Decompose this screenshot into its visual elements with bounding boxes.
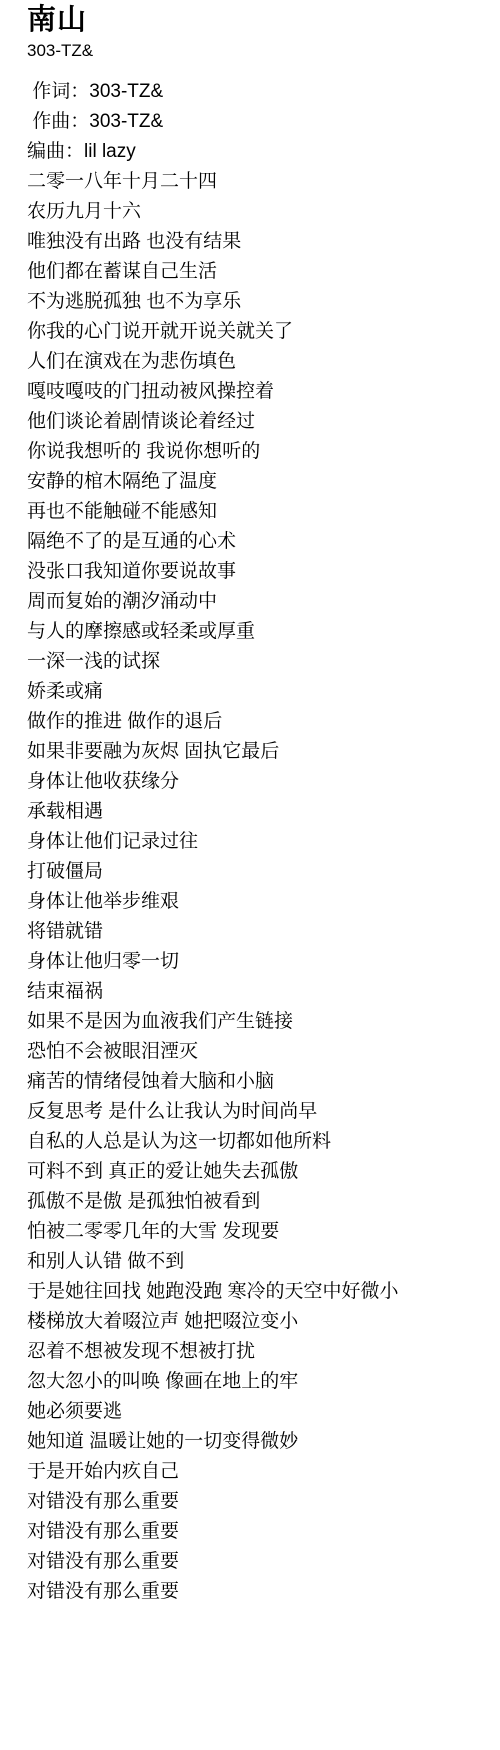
lyric-line: 对错没有那么重要 bbox=[27, 1577, 480, 1607]
lyric-line: 于是她往回找 她跑没跑 寒冷的天空中好微小 bbox=[27, 1277, 480, 1307]
lyric-line: 痛苦的情绪侵蚀着大脑和小脑 bbox=[27, 1067, 480, 1097]
lyric-line: 一深一浅的试探 bbox=[27, 647, 480, 677]
lyric-line: 可料不到 真正的爱让她失去孤傲 bbox=[27, 1157, 480, 1187]
lyric-line: 结束福祸 bbox=[27, 977, 480, 1007]
lyric-line: 楼梯放大着啜泣声 她把啜泣变小 bbox=[27, 1307, 480, 1337]
lyric-line: 恐怕不会被眼泪湮灭 bbox=[27, 1037, 480, 1067]
lyric-line: 安静的棺木隔绝了温度 bbox=[27, 467, 480, 497]
lyric-line: 打破僵局 bbox=[27, 857, 480, 887]
lyric-line: 承载相遇 bbox=[27, 797, 480, 827]
lyric-line: 于是开始内疚自己 bbox=[27, 1457, 480, 1487]
lyric-line: 再也不能触碰不能感知 bbox=[27, 497, 480, 527]
lyric-line: 对错没有那么重要 bbox=[27, 1547, 480, 1577]
lyric-line: 身体让他归零一切 bbox=[27, 947, 480, 977]
lyric-line: 身体让他举步维艰 bbox=[27, 887, 480, 917]
lyric-line: 和别人认错 做不到 bbox=[27, 1247, 480, 1277]
lyric-line: 身体让他收获缘分 bbox=[27, 767, 480, 797]
lyric-line: 农历九月十六 bbox=[27, 197, 480, 227]
lyric-line: 对错没有那么重要 bbox=[27, 1487, 480, 1517]
lyric-line: 周而复始的潮汐涌动中 bbox=[27, 587, 480, 617]
lyrics-page: 南山 303-TZ& 作词：303-TZ& 作曲：303-TZ&编曲：lil l… bbox=[0, 0, 500, 1607]
song-artist: 303-TZ& bbox=[27, 39, 480, 62]
lyric-line: 忍着不想被发现不想被打扰 bbox=[27, 1337, 480, 1367]
lyric-line: 反复思考 是什么让我认为时间尚早 bbox=[27, 1097, 480, 1127]
lyric-body-lines: 唯独没有出路 也没有结果他们都在蓄谋自己生活不为逃脱孤独 也不为享乐你我的心门说… bbox=[27, 227, 480, 1607]
lyric-line: 如果非要融为灰烬 固执它最后 bbox=[27, 737, 480, 767]
lyric-line: 没张口我知道你要说故事 bbox=[27, 557, 480, 587]
lyric-line: 身体让他们记录过往 bbox=[27, 827, 480, 857]
lyric-line: 与人的摩擦感或轻柔或厚重 bbox=[27, 617, 480, 647]
lyric-line: 如果不是因为血液我们产生链接 bbox=[27, 1007, 480, 1037]
lyric-line: 忽大忽小的叫唤 像画在地上的牢 bbox=[27, 1367, 480, 1397]
lyric-line: 做作的推进 做作的退后 bbox=[27, 707, 480, 737]
lyric-line: 人们在演戏在为悲伤填色 bbox=[27, 347, 480, 377]
lyric-line: 自私的人总是认为这一切都如他所料 bbox=[27, 1127, 480, 1157]
lyric-line: 孤傲不是傲 是孤独怕被看到 bbox=[27, 1187, 480, 1217]
song-title: 南山 bbox=[27, 2, 480, 39]
lyric-line: 你说我想听的 我说你想听的 bbox=[27, 437, 480, 467]
credit-lines: 作词：303-TZ& 作曲：303-TZ&编曲：lil lazy bbox=[27, 77, 480, 167]
lyric-line: 将错就错 bbox=[27, 917, 480, 947]
lyric-line: 二零一八年十月二十四 bbox=[27, 167, 480, 197]
lyric-line: 他们谈论着剧情谈论着经过 bbox=[27, 407, 480, 437]
lyric-line: 怕被二零零几年的大雪 发现要 bbox=[27, 1217, 480, 1247]
lyric-line: 对错没有那么重要 bbox=[27, 1517, 480, 1547]
lyric-line: 嘎吱嘎吱的门扭动被风操控着 bbox=[27, 377, 480, 407]
lyrics-block: 作词：303-TZ& 作曲：303-TZ&编曲：lil lazy 二零一八年十月… bbox=[27, 77, 480, 1607]
lyric-line: 编曲：lil lazy bbox=[27, 137, 480, 167]
lyric-line: 你我的心门说开就开说关就关了 bbox=[27, 317, 480, 347]
lyric-line: 不为逃脱孤独 也不为享乐 bbox=[27, 287, 480, 317]
lyric-line: 她必须要逃 bbox=[27, 1397, 480, 1427]
lyric-line: 她知道 温暖让她的一切变得微妙 bbox=[27, 1427, 480, 1457]
lyric-line: 唯独没有出路 也没有结果 bbox=[27, 227, 480, 257]
date-lines: 二零一八年十月二十四农历九月十六 bbox=[27, 167, 480, 227]
lyric-line: 作曲：303-TZ& bbox=[27, 107, 480, 137]
lyric-line: 他们都在蓄谋自己生活 bbox=[27, 257, 480, 287]
lyric-line: 作词：303-TZ& bbox=[27, 77, 480, 107]
lyric-line: 娇柔或痛 bbox=[27, 677, 480, 707]
lyric-line: 隔绝不了的是互通的心术 bbox=[27, 527, 480, 557]
